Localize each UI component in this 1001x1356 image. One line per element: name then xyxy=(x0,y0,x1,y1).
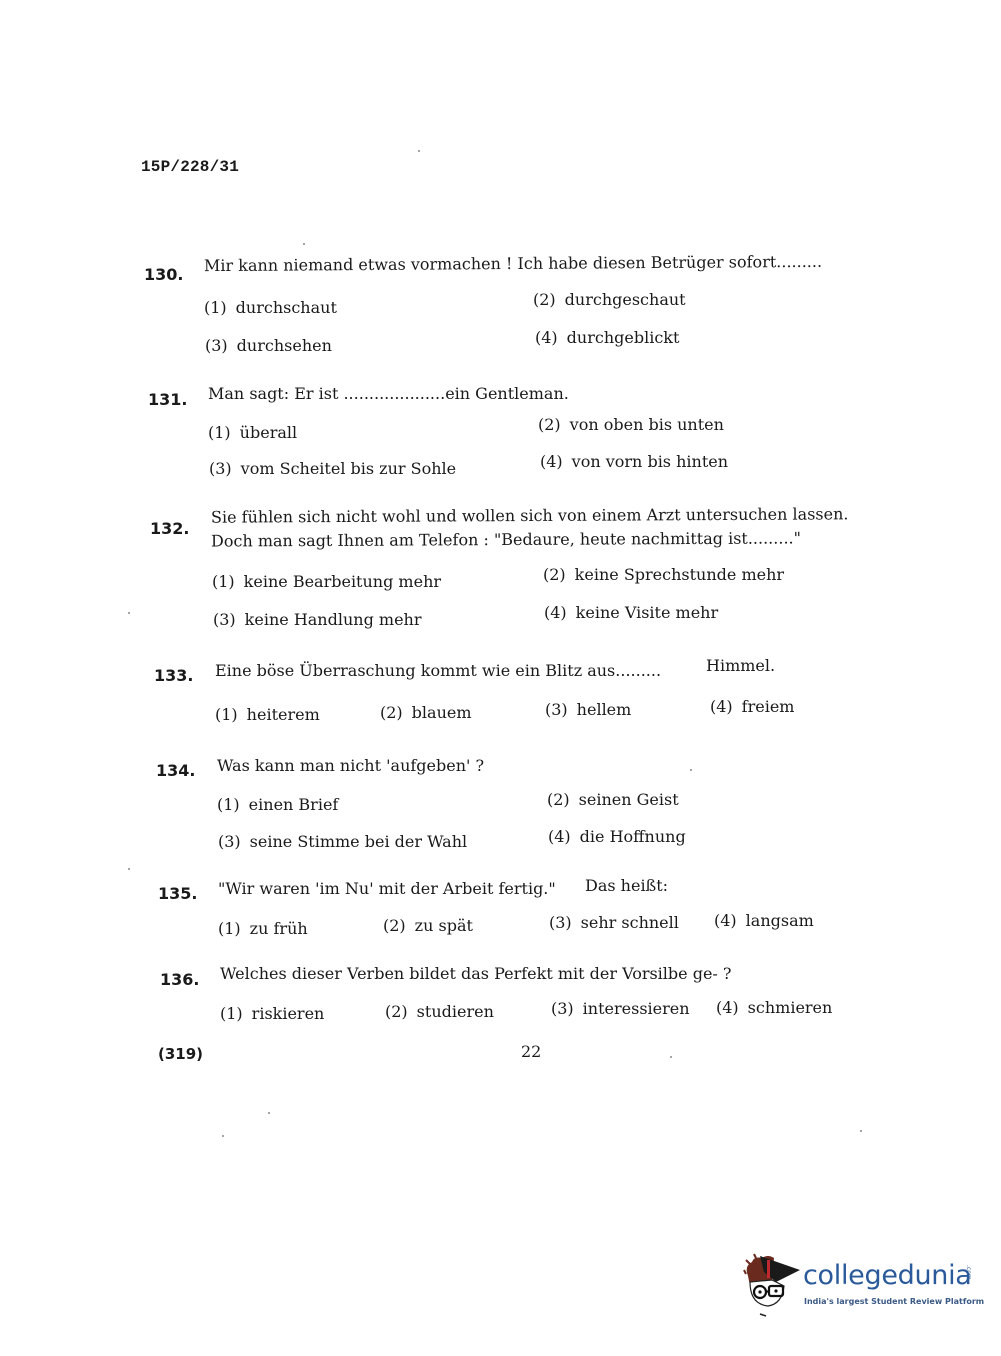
question-text: "Wir waren 'im Nu' mit der Arbeit fertig… xyxy=(218,878,556,900)
question-number: 132. xyxy=(150,519,189,538)
option-label: schmieren xyxy=(748,998,833,1017)
question-text-tail: Himmel. xyxy=(706,655,775,677)
option-label: von oben bis unten xyxy=(570,415,724,434)
scan-speck xyxy=(128,612,130,614)
option-index: (3) xyxy=(218,832,241,851)
option-label: durchgeblickt xyxy=(567,328,680,347)
page-number: 22 xyxy=(521,1042,541,1061)
option-label: sehr schnell xyxy=(581,913,679,932)
option-label: durchsehen xyxy=(237,336,332,355)
option-index: (2) xyxy=(533,290,556,309)
mascot-icon xyxy=(742,1252,804,1318)
option-2[interactable]: (2)blauem xyxy=(380,703,472,722)
option-index: (2) xyxy=(543,565,566,584)
option-label: zu spät xyxy=(415,916,473,935)
question-number: 134. xyxy=(156,761,195,780)
question-number: 130. xyxy=(144,265,183,284)
option-3[interactable]: (3)vom Scheitel bis zur Sohle xyxy=(209,459,456,478)
option-index: (4) xyxy=(548,827,571,846)
footer-code: (319) xyxy=(158,1045,203,1063)
option-index: (3) xyxy=(205,336,228,355)
option-label: keine Visite mehr xyxy=(576,603,718,622)
scan-speck xyxy=(860,1130,862,1132)
option-label: die Hoffnung xyxy=(580,827,686,846)
option-index: (4) xyxy=(710,697,733,716)
option-1[interactable]: (1)durchschaut xyxy=(204,298,337,317)
option-label: studieren xyxy=(417,1002,494,1021)
option-3[interactable]: (3)interessieren xyxy=(551,999,690,1018)
option-4[interactable]: (4)freiem xyxy=(710,697,794,716)
option-3[interactable]: (3)hellem xyxy=(545,700,631,719)
option-1[interactable]: (1)keine Bearbeitung mehr xyxy=(212,572,441,591)
option-4[interactable]: (4)von vorn bis hinten xyxy=(540,452,728,471)
option-index: (3) xyxy=(213,610,236,629)
option-index: (1) xyxy=(217,795,240,814)
option-label: von vorn bis hinten xyxy=(572,452,728,471)
option-label: hellem xyxy=(577,700,632,719)
option-label: freiem xyxy=(742,697,795,716)
option-index: (2) xyxy=(380,703,403,722)
scan-speck xyxy=(418,150,420,152)
option-label: interessieren xyxy=(583,999,690,1018)
option-2[interactable]: (2)studieren xyxy=(385,1002,494,1021)
option-index: (3) xyxy=(551,999,574,1018)
option-index: (2) xyxy=(538,415,561,434)
collegedunia-logo: collegedunia .com India's largest Studen… xyxy=(742,1252,972,1322)
brand-name: collegedunia xyxy=(803,1260,972,1291)
option-4[interactable]: (4)langsam xyxy=(714,911,814,930)
option-label: keine Sprechstunde mehr xyxy=(575,565,784,584)
option-2[interactable]: (2)durchgeschaut xyxy=(533,290,686,309)
option-index: (2) xyxy=(383,916,406,935)
scan-speck xyxy=(128,868,130,870)
option-index: (2) xyxy=(385,1002,408,1021)
option-label: seine Stimme bei der Wahl xyxy=(250,832,467,851)
option-3[interactable]: (3)durchsehen xyxy=(205,336,332,355)
option-2[interactable]: (2)keine Sprechstunde mehr xyxy=(543,565,784,584)
option-index: (1) xyxy=(220,1004,243,1023)
option-2[interactable]: (2)seinen Geist xyxy=(547,790,679,809)
option-label: zu früh xyxy=(250,919,308,938)
question-text-line2: Doch man sagt Ihnen am Telefon : "Bedaur… xyxy=(211,527,801,552)
option-1[interactable]: (1)einen Brief xyxy=(217,795,338,814)
question-text-line1: Sie fühlen sich nicht wohl und wollen si… xyxy=(211,503,849,528)
option-1[interactable]: (1)heiterem xyxy=(215,705,320,724)
option-index: (2) xyxy=(547,790,570,809)
paper-code: 15P/228/31 xyxy=(141,158,239,176)
option-label: blauem xyxy=(412,703,472,722)
scan-speck xyxy=(690,769,692,771)
option-label: überall xyxy=(240,423,297,442)
option-label: durchgeschaut xyxy=(565,290,686,309)
option-label: durchschaut xyxy=(236,298,337,317)
option-label: keine Handlung mehr xyxy=(245,610,422,629)
question-text: Was kann man nicht 'aufgeben' ? xyxy=(217,755,484,777)
option-index: (3) xyxy=(545,700,568,719)
option-index: (4) xyxy=(714,911,737,930)
option-1[interactable]: (1)riskieren xyxy=(220,1004,324,1023)
scan-speck xyxy=(268,1112,270,1114)
question-number: 136. xyxy=(160,970,199,989)
option-label: vom Scheitel bis zur Sohle xyxy=(241,459,456,478)
question-number: 131. xyxy=(148,390,187,409)
question-number: 135. xyxy=(158,884,197,903)
option-index: (3) xyxy=(549,913,572,932)
scan-speck xyxy=(670,1056,672,1058)
option-label: riskieren xyxy=(252,1004,325,1023)
question-text: Man sagt: Er ist ....................ein… xyxy=(208,383,569,405)
option-4[interactable]: (4)die Hoffnung xyxy=(548,827,686,846)
option-2[interactable]: (2)von oben bis unten xyxy=(538,415,724,434)
option-3[interactable]: (3)keine Handlung mehr xyxy=(213,610,422,629)
option-index: (1) xyxy=(208,423,231,442)
option-index: (1) xyxy=(204,298,227,317)
option-index: (4) xyxy=(716,998,739,1017)
option-label: einen Brief xyxy=(249,795,339,814)
option-1[interactable]: (1)überall xyxy=(208,423,297,442)
option-2[interactable]: (2)zu spät xyxy=(383,916,473,935)
option-1[interactable]: (1)zu früh xyxy=(218,919,308,938)
question-text: Mir kann niemand etwas vormachen ! Ich h… xyxy=(204,251,822,277)
option-index: (1) xyxy=(212,572,235,591)
option-label: seinen Geist xyxy=(579,790,679,809)
option-index: (4) xyxy=(544,603,567,622)
option-4[interactable]: (4)keine Visite mehr xyxy=(544,603,718,622)
option-4[interactable]: (4)schmieren xyxy=(716,998,832,1017)
option-index: (4) xyxy=(540,452,563,471)
option-3[interactable]: (3)sehr schnell xyxy=(549,913,679,932)
scan-speck xyxy=(303,243,305,245)
option-index: (3) xyxy=(209,459,232,478)
option-index: (4) xyxy=(535,328,558,347)
brand-domain: .com xyxy=(965,1265,972,1280)
scan-speck xyxy=(222,1135,224,1137)
option-index: (1) xyxy=(218,919,241,938)
option-label: keine Bearbeitung mehr xyxy=(244,572,441,591)
option-label: langsam xyxy=(746,911,814,930)
brand-tagline: India's largest Student Review Platform xyxy=(804,1297,984,1306)
option-index: (1) xyxy=(215,705,238,724)
option-4[interactable]: (4)durchgeblickt xyxy=(535,328,679,347)
question-text: Welches dieser Verben bildet das Perfekt… xyxy=(220,963,732,985)
question-number: 133. xyxy=(154,666,193,685)
question-text-tail: Das heißt: xyxy=(585,875,668,897)
option-3[interactable]: (3)seine Stimme bei der Wahl xyxy=(218,832,467,851)
option-label: heiterem xyxy=(247,705,320,724)
question-text: Eine böse Überraschung kommt wie ein Bli… xyxy=(215,660,661,682)
